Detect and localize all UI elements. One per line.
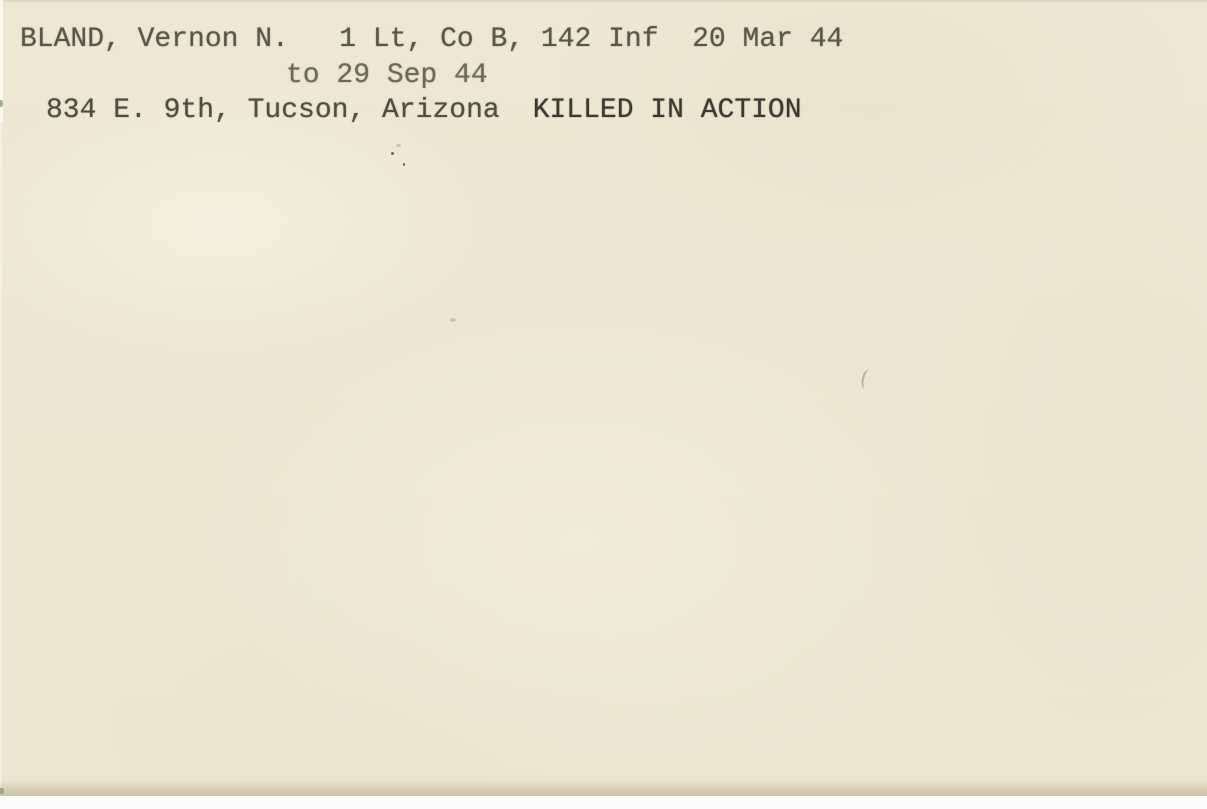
card-top-edge-shading <box>0 0 1207 3</box>
ink-smudge <box>396 144 401 147</box>
typed-date-line: to 29 Sep 44 <box>286 62 488 90</box>
typed-name-service-line: BLAND, Vernon N. 1 Lt, Co B, 142 Inf 20 … <box>20 26 843 54</box>
typed-address-status-line: 834 E. 9th, Tucson, ArizonaKILLED IN ACT… <box>46 97 802 125</box>
typed-address: 834 E. 9th, Tucson, Arizona <box>46 95 500 126</box>
card-bottom-edge-shadow <box>0 779 1207 796</box>
edge-speck <box>0 100 3 107</box>
paper-fleck <box>450 318 456 322</box>
index-card: BLAND, Vernon N. 1 Lt, Co B, 142 Inf 20 … <box>0 0 1207 796</box>
ink-speck <box>403 163 405 166</box>
ink-speck <box>391 152 394 155</box>
typed-status-killed-in-action: KILLED IN ACTION <box>533 95 802 126</box>
scanner-background: BLAND, Vernon N. 1 Lt, Co B, 142 Inf 20 … <box>0 0 1207 809</box>
card-left-edge-line <box>0 122 2 796</box>
faint-pencil-mark <box>860 368 874 390</box>
